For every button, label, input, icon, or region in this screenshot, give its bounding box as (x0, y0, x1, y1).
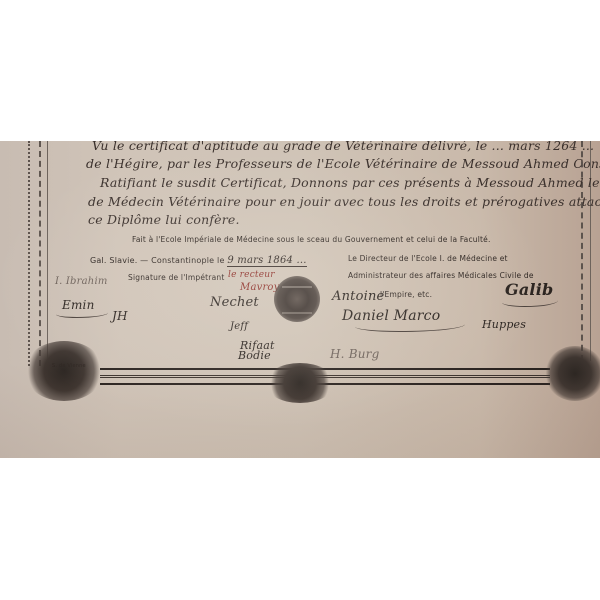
fait-line: Fait à l'Ecole Impériale de Médecine sou… (132, 235, 491, 244)
signature-ibrahim: I. Ibrahim (55, 276, 108, 287)
director-line-1: Le Directeur de l'Ecole I. de Médecine e… (348, 254, 508, 263)
director-line-2: Administrateur des affaires Médicales Ci… (348, 271, 534, 280)
red-note-line-2: Mavroy (240, 282, 280, 293)
signature-label: Signature de l'Impétrant (128, 273, 224, 282)
right-border-line (590, 141, 594, 361)
date-value: 9 mars 1864 ... (227, 255, 306, 267)
red-note-line-1: le recteur (228, 270, 275, 280)
signature-flourish-galib (502, 296, 558, 307)
date-line: Gal. Slavie. — Constantinople le 9 mars … (90, 255, 307, 266)
body-line-5: ce Diplôme lui confère. (88, 212, 240, 227)
signature-nechet: Nechet (210, 295, 259, 310)
date-prefix: Gal. Slavie. — Constantinople le (90, 256, 225, 265)
corner-ornament-right (545, 346, 600, 401)
corner-ornament-left (24, 341, 104, 401)
body-line-1: Vu le certificat d'aptitude au grade de … (92, 141, 594, 153)
center-ornament (265, 363, 335, 403)
engraver-mark: S. de Vienne (52, 363, 86, 369)
body-line-4: de Médecin Vétérinaire pour en jouir ave… (88, 194, 600, 209)
left-border-chain (28, 141, 33, 366)
left-border-line (47, 141, 51, 366)
signature-huppes: Huppes (482, 318, 526, 331)
body-line-3: Ratifiant le susdit Certificat, Donnons … (100, 175, 600, 190)
official-seal-stamp (274, 276, 320, 322)
signature-flourish (56, 309, 108, 318)
body-line-2-text: de l'Hégire, par les Professeurs de l'Ec… (86, 156, 600, 171)
right-border-chain (581, 141, 586, 361)
signature-small-mark: Jeff (230, 321, 248, 332)
signature-mark: JH (112, 309, 128, 323)
signature-flourish-marco (355, 319, 465, 332)
signature-bodie: Bodie (238, 349, 271, 362)
body-line-2: de l'Hégire, par les Professeurs de l'Ec… (86, 156, 600, 171)
diploma-photo: Vu le certificat d'aptitude au grade de … (0, 141, 600, 458)
signature-antoine: Antoine (332, 289, 384, 304)
signature-burg: H. Burg (330, 347, 379, 361)
left-border-chain-inner (39, 141, 44, 366)
director-line-3: l'Empire, etc. (380, 290, 432, 299)
